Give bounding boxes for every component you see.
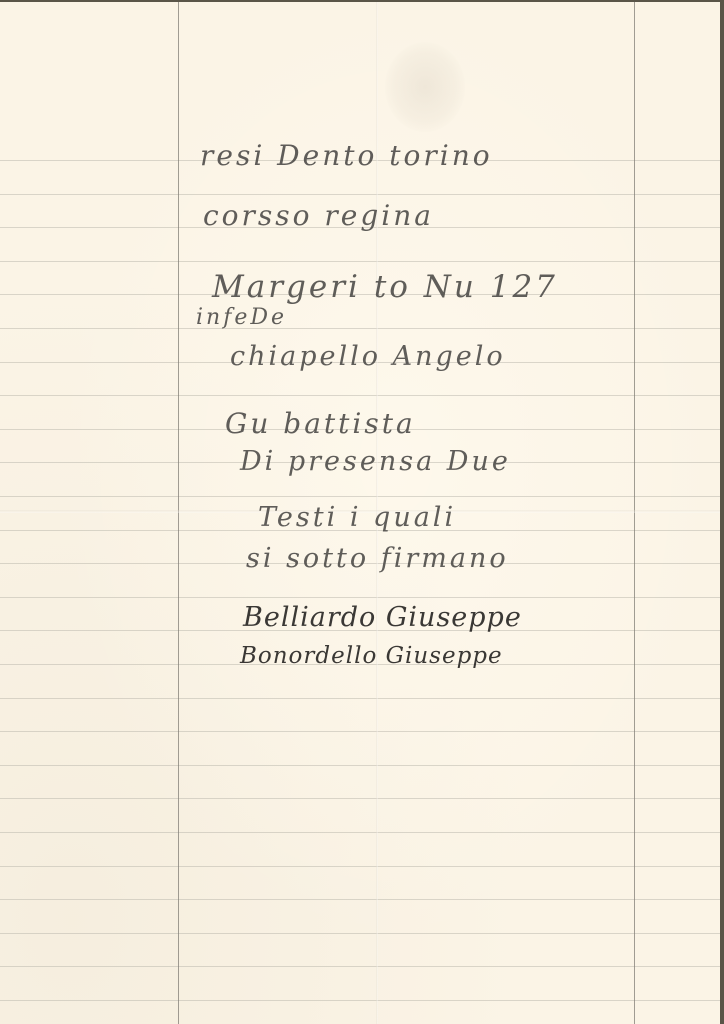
ruled-line (0, 765, 720, 766)
handwritten-line-sottofirmano: si sotto firmano (246, 543, 509, 574)
ruled-line (0, 966, 720, 967)
ruled-line (0, 261, 720, 262)
ruled-line (0, 832, 720, 833)
document-page: resi Dento torino corsso regina Margeri … (0, 2, 720, 1024)
signature-belliardo: Belliardo Giuseppe (243, 602, 522, 633)
ruled-line (0, 328, 720, 329)
handwritten-line-gubattista: Gu battista (225, 407, 416, 440)
ruled-line (0, 899, 720, 900)
signature-bonordello: Bonordello Giuseppe (240, 643, 503, 669)
ruled-line (0, 731, 720, 732)
handwritten-line-chiapello: chiapello Angelo (230, 341, 506, 372)
ruled-line (0, 194, 720, 195)
ruled-line (0, 395, 720, 396)
left-margin-line (178, 2, 179, 1024)
handwritten-line-corso: corsso regina (203, 199, 434, 232)
handwritten-line-margherita: Margeri to Nu 127 (212, 269, 558, 305)
ruled-line (0, 698, 720, 699)
ruled-line (0, 866, 720, 867)
ruled-line (0, 1000, 720, 1001)
ruled-line (0, 798, 720, 799)
stamp-bleedthrough (385, 42, 465, 132)
right-margin-line (634, 2, 635, 1024)
ruled-line (0, 597, 720, 598)
handwritten-line-testi: Testi i quali (258, 502, 456, 533)
handwritten-line-residente: resi Dento torino (200, 139, 493, 172)
ruled-line (0, 933, 720, 934)
handwritten-line-infede: infeDe (196, 305, 287, 330)
ruled-line (0, 496, 720, 497)
handwritten-line-presenza: Di presensa Due (240, 446, 511, 477)
